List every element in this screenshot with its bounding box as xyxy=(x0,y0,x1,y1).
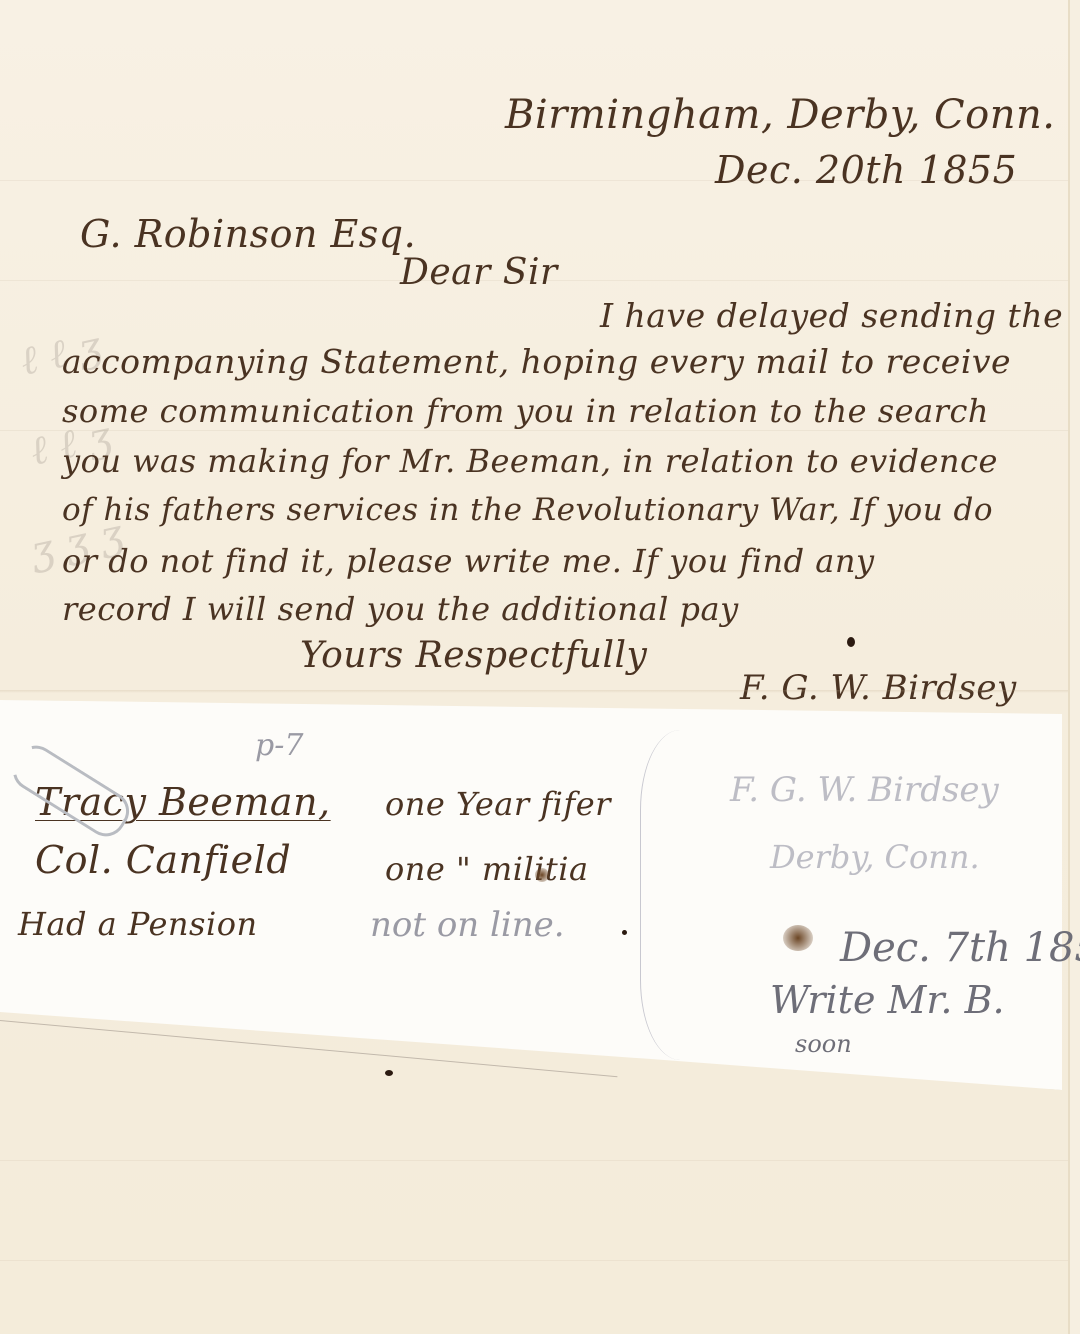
slip-entry-name: Col. Canfield xyxy=(35,838,291,882)
letter-body-line: or do not find it, please write me. If y… xyxy=(62,542,875,580)
ruled-line xyxy=(0,1160,1068,1161)
letter-body-line: some communication from you in relation … xyxy=(62,392,989,430)
letter-body-line: I have delayed sending the xyxy=(600,296,1063,335)
ink-stain xyxy=(535,868,549,882)
pencil-note-place: Derby, Conn. xyxy=(770,838,980,876)
ink-stain xyxy=(783,925,813,951)
pencil-note-name: F. G. W. Birdsey xyxy=(730,770,999,810)
letter-body-line: accompanying Statement, hoping every mai… xyxy=(62,342,1011,381)
ruled-line xyxy=(0,430,1068,431)
letter-body-line: you was making for Mr. Beeman, in relati… xyxy=(62,442,998,480)
letter-page: ℓ ℓ ʒ ℓ ℓ ʒ ʒ ʒ ʒ Birmingham, Derby, Con… xyxy=(0,0,1070,1334)
paper-fold xyxy=(0,690,1068,693)
pencil-brace-mark xyxy=(640,730,681,1060)
ruled-line xyxy=(0,1260,1068,1261)
ink-dot xyxy=(622,930,627,935)
letter-place: Birmingham, Derby, Conn. xyxy=(505,92,1055,138)
ink-blot xyxy=(847,637,855,647)
letter-salutation: Dear Sir xyxy=(400,252,558,293)
letter-recipient: G. Robinson Esq. xyxy=(80,212,416,256)
ink-dot xyxy=(385,1070,393,1076)
letter-signature: F. G. W. Birdsey xyxy=(740,668,1017,708)
letter-closing: Yours Respectfully xyxy=(300,635,647,676)
pencil-note-date: Dec. 7th 1855 xyxy=(840,925,1080,971)
slip-entry-name: Had a Pension xyxy=(18,905,258,943)
page-mark: p-7 xyxy=(255,728,303,763)
letter-body-line: of his fathers services in the Revolutio… xyxy=(62,492,993,528)
letter-date: Dec. 20th 1855 xyxy=(715,148,1017,192)
slip-entry-note: one Year fifer xyxy=(385,785,611,823)
pencil-note-instruction-2: soon xyxy=(795,1030,852,1058)
pencil-note-instruction: Write Mr. B. xyxy=(770,978,1005,1022)
slip-entry-note: not on line. xyxy=(370,905,565,945)
slip-entry-note: one " militia xyxy=(385,850,589,888)
letter-body-line: record I will send you the additional pa… xyxy=(62,590,739,628)
